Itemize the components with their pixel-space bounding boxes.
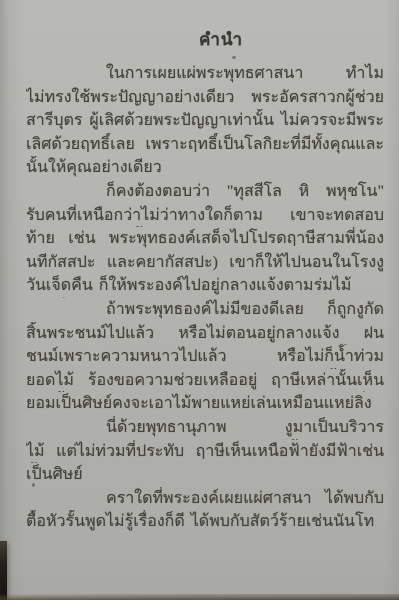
text-line: นี่ด้วยพุทธานุภาพ งูมาเป็นบริวารแวดล้อม … [26, 416, 384, 440]
text-line: รับคนที่เหนือกว่าไม่ว่าทางใดก็ตาม เขาจะท… [26, 204, 384, 228]
text-line: ตื้อหัวรั้นพูดไม่รู้เรื่องก็ดี ได้พบกับส… [26, 510, 384, 534]
text-line: ในการเผยแผ่พระพุทธศาสนา ทำไมพระพุทธเจ้าข… [26, 62, 384, 86]
text-line: ยอมเป็นศิษย์คงจะเอาไม้พายแหย่เล่นเหมือนแ… [26, 392, 384, 416]
page-bottom-shadow [0, 594, 399, 600]
text-line: ไม่ทรงใช้พระปัญญาอย่างเดียว พระอัครสาวกผ… [26, 86, 384, 110]
paper-speck [232, 56, 236, 59]
text-line: ยอดไม้ ร้องขอความช่วยเหลืออยู่ ฤาษีเหล่า… [26, 369, 384, 393]
text-line: นั้นให้คุณอย่างเดียว [26, 156, 384, 180]
page-title: คำนำ [42, 26, 399, 53]
text-line: ถ้าพระพุทธองค์ไม่มีของดีเลย ก็ถูกงูกัดหร… [26, 298, 384, 322]
text-line: สิ้นพระชนม์ไปแล้ว หรือไม่ตอนอยู่กลางแจ้ง… [26, 322, 384, 346]
text-line: ชนม์เพราะความหนาวไปแล้ว หรือไม่ก็น้ำท่วม… [26, 345, 384, 369]
text-line: เลิศด้วยฤทธิ์เลย เพราะฤทธิ์เป็นโลกิยะที่… [26, 133, 384, 157]
text-line: เป็นศิษย์ [26, 463, 384, 487]
text-line: ท้าย เช่น พระพุทธองค์เสด็จไปโปรดฤาษีสามพ… [26, 227, 384, 251]
text-line: ไม้ แต่ไม่ท่วมที่ประทับ ฤาษีเห็นเหนือฟ้า… [26, 440, 384, 464]
text-line: สารีบุตร ผู้เลิศด้วยพระปัญญาเท่านั้น ไม่… [26, 109, 384, 133]
text-line: คราใดที่พระองค์เผยแผ่ศาสนา ได้พบกับคนมิจ… [26, 487, 384, 511]
body-text: ในการเผยแผ่พระพุทธศาสนา ทำไมพระพุทธเจ้าข… [26, 62, 384, 534]
text-line: นทีกัสสปะ และคยากัสสปะ) เขาก็ให้ไปนอนในโ… [26, 251, 384, 275]
text-line: ก็คงต้องตอบว่า "ทุสสีโล หิ พหุชโน" เพราะ… [26, 180, 384, 204]
book-page: คำนำ ในการเผยแผ่พระพุทธศาสนา ทำไมพระพุทธ… [0, 0, 399, 600]
paper-speck [32, 483, 35, 487]
page-edge-shadow [0, 541, 7, 600]
text-line: วันเจ็ดคืน ก็ให้พระองค์ไปอยู่กลางแจ้งตาม… [26, 274, 384, 298]
